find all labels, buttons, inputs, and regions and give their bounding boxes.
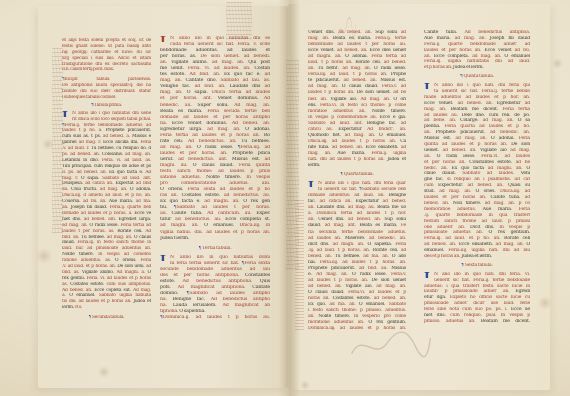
black-ink-text: niet dns. [424,313,450,318]
red-ink-text: et per horas. ant. [160,96,218,101]
black-ink-text: O radix iesse. [352,272,391,277]
red-ink-text: magni. aū. [160,163,193,168]
red-ink-text: Feria.vi. in festo scī thome: p cōme [320,103,406,108]
black-ink-text: Joseph fili dauid [490,36,530,41]
red-ink-text: bebdomade ad laudes t per horas aū. [308,42,406,47]
red-ink-text: Sabbato secūde beb [362,187,406,192]
red-ink-text: Feria.iiij. ad laud. t p horas an. [308,72,391,77]
red-ink-text: an. [308,314,318,319]
black-ink-text: Ecce veniet dominus. [172,121,232,126]
black-ink-text: stud. [424,189,439,194]
black-ink-text: Missus est. [232,157,265,162]
black-ink-text: O emanuel. [379,133,406,138]
red-ink-text: na. [160,303,173,308]
red-ink-text: an. [160,60,171,65]
red-ink-text: N anno illo ī quo nati. dni feria qui [434,83,530,88]
black-ink-text: uerūt. [160,157,178,162]
red-ink-text: Feria [519,136,530,141]
red-ink-text: cāticū aū. [308,127,338,132]
red-ink-text: ferie sine nota cum suo po. ps. ī. [424,307,511,312]
black-ink-text: Judea t ierlm. [160,236,189,241]
black-ink-text: Vigilate aīo [480,148,510,153]
black-ink-text: Tu bethleē. [335,254,363,259]
black-ink-text: Ecce veniet. [424,101,457,106]
black-ink-text: Letamini in dno. [62,158,102,163]
red-ink-text: ad bened. an. [374,296,406,301]
red-ink-text: ria secunda tertie bebdomade aduētus. [308,230,406,235]
red-ink-text: ad bened. [383,199,406,204]
black-ink-text: O clauis dauid. [342,84,382,89]
black-ink-text: Beata es maria. [333,36,375,41]
black-ink-text: Laudate dns [230,84,265,89]
red-ink-text: mag. an. [160,90,187,95]
black-ink-text: Ecce ancilla dni. [103,140,140,145]
red-ink-text: ad bened. am. [84,217,119,222]
red-ink-text: In vesperio pro cōme [354,314,406,319]
red-ink-text: Ad bened. an. [62,288,94,293]
black-ink-text: Ecce completa st. [225,217,270,222]
red-ink-text: mag. an. [308,36,333,41]
black-ink-text: Ueniet dns. [308,30,338,35]
red-ink-text: ad magni. an. [204,199,243,204]
black-ink-text: Ueniet dns. [318,217,348,222]
red-ink-text: aū. [160,211,172,216]
red-ink-text: ad [264,72,270,77]
red-ink-text: ad [401,248,406,253]
black-ink-text: Beata me uo [377,205,406,210]
black-ink-text: O rex gentium. [489,230,530,235]
red-ink-text: ad [146,264,151,269]
red-ink-text: moratione aduentus an. [308,320,368,325]
red-ink-text: secunde bebdomade aduentus ad lau [160,267,270,272]
black-ink-text: Cantate [252,285,270,290]
red-ink-text: ad bñd [136,181,151,186]
red-ink-text: Quinta tabula. [464,74,494,79]
red-ink-text: Sexta tabula. [465,263,493,268]
red-ink-text: Tertia tabula. [202,246,231,251]
black-ink-text: O radix iesse. [89,223,120,228]
black-ink-text: Benigne fac. [367,121,401,126]
black-ink-text: O [526,242,530,247]
red-ink-text: ad mag. [510,148,530,153]
red-ink-text: ad benedic. an. [490,130,530,135]
red-ink-text: mag. an. [424,107,451,112]
black-ink-text: O ori [393,97,406,102]
black-ink-text: Missus est. [424,136,455,141]
black-ink-text: dicit dns. [308,242,333,247]
black-ink-text: O radix iesse. [197,145,238,150]
black-ink-text: Tu bethleē. cū reliquio ho. d [91,146,151,151]
table-caption: ¶ Tertia tabula. [160,246,270,252]
black-ink-text: Ecce elisabeth. [365,145,401,150]
red-ink-text: In vespis [246,175,270,180]
red-ink-text: laudib' p pmissiōade aduēt' an. [424,289,515,294]
red-ink-text: ad cātica an. [85,181,115,186]
black-ink-text: Expectat [115,181,135,186]
black-ink-text: Judea et [133,299,151,304]
table-caption: ¶ Sexta tabula. [424,263,530,269]
red-ink-text: Sabbato ad lau. as. [220,78,270,83]
red-ink-text: as. [62,282,70,287]
red-ink-text: ad bene. an. [424,118,460,123]
black-ink-text: O emanuel. [204,223,239,228]
black-ink-text: ueniet. [424,148,443,153]
black-ink-text: Canite tuba. [172,211,208,216]
red-ink-text: ad [401,145,406,150]
red-ink-text: ad bened. an. [338,30,375,35]
red-ink-text: pmisso. aduētus an. [424,319,481,324]
red-ink-text: Ad bñdict'. an. [367,127,406,132]
black-ink-text: O sapiētia. [367,242,395,247]
black-ink-text: Missus est. [380,78,406,83]
black-ink-text: O emanuel. [69,293,99,298]
red-ink-text: Dominica.ij. ad laudes t p horas aū. [163,315,270,320]
red-ink-text: ad bened. an. [308,284,345,289]
red-ink-text: ad bened. [384,60,406,65]
red-ink-text: domade aduentus: ad laud. an. [308,193,389,198]
red-ink-text: De sion ueniet. ad benedi. [200,54,270,59]
red-ink-text: Feria.iij. uigilia natiuitatis dni ad la… [424,59,530,64]
red-ink-text: an. [308,66,318,71]
black-ink-text: Colosānis. [102,152,125,157]
black-ink-text: Venigne fac. [160,84,195,89]
table-caption: ¶ Tabula prima. [62,103,151,109]
red-ink-text: ad mag. an. [125,152,151,157]
black-ink-text: De sion ueniet. [357,90,393,95]
black-ink-text: De sion ueni. [117,264,146,269]
black-ink-text: Ecce completa. [434,54,472,59]
red-ink-text: Sabbato ad laud. ant. [102,176,151,181]
black-ink-text: dauid. [308,223,325,228]
red-ink-text: pmissiōate aduētus an. [424,230,489,235]
black-ink-text: Super soliū. [197,103,234,108]
text-line: des et p horas an. Judea et ierlm. [424,254,530,260]
red-ink-text: Dnica tertia ad laudes [212,90,270,95]
red-ink-text: ad [264,157,270,162]
red-ink-text: ad bñ. an. [83,199,109,204]
black-ink-text: gabriel [62,140,79,145]
red-ink-text: Feria sexta ad laudes et p ho [188,187,270,192]
red-ink-text: an. [62,205,71,210]
red-ink-text: Fe [401,223,406,228]
black-ink-text: Rorate celi. [117,229,145,234]
red-ink-text: ad magni. an. [308,54,345,59]
red-ink-text: cum [424,183,438,188]
black-ink-text: Joseph fili dauid. [71,205,110,210]
black-ink-text: Qui post [248,60,270,65]
black-ink-text: Miserere. [345,236,369,241]
black-ink-text: rate celi. [160,139,188,144]
red-ink-text: ad bened. an. [424,242,459,247]
red-ink-text: mag. r. [62,176,81,181]
red-ink-text: Ad [145,170,151,175]
red-ink-text: trāsfiguratione dni ex decreto sāctissim… [62,62,151,67]
red-ink-text: laudes t p horas an. [308,90,357,95]
red-ink-text: d. ps. ad bened. an. [62,170,109,175]
red-ink-text: Secunda tabula. [92,315,125,320]
red-ink-text: Feria.ij. quarte bebdomade aduēt' ad [424,42,530,47]
red-ink-text: ad mag. an. [107,235,134,240]
red-ink-text: Feria tertia ad laudes et p horas an. [160,133,264,138]
black-ink-text: Ca [400,139,406,144]
red-ink-text: ad ma. [136,199,151,204]
red-ink-text: et per horas an. [424,160,469,165]
black-ink-text: Canite tuba. [424,30,465,35]
red-ink-text: Feria.iij. ad laud. et p ho. an. [424,236,504,241]
red-ink-text: tiphona. [160,309,179,314]
black-ink-text: O [526,166,530,171]
red-ink-text: Feria.iiij. ad laudes t p horas. an. [320,260,406,265]
black-ink-text: Ex quo. [308,302,329,307]
red-ink-text: Feria.iij. in festo sancti thome in [78,240,151,245]
red-ink-text: Feria.iiij. uigilia nati. dni ad lau [448,248,530,253]
red-ink-text: ad bened. an. [467,183,508,188]
red-ink-text: Feria [140,258,151,263]
red-ink-text: Dominica.iiij. ad laudes et p horas an. [308,326,406,331]
red-ink-text: et alijs festa solēni pcepta et soq. Et … [62,38,151,43]
red-ink-text: ad bened. an. [337,48,370,53]
red-ink-text: an. [424,154,437,159]
black-ink-text: Aue maria. [337,151,371,156]
black-ink-text: Vigilate aīo. [330,97,360,102]
black-ink-text: De sion [511,142,530,147]
red-ink-text: bñd. as. [62,270,82,275]
black-ink-text: Rorate celi. [355,60,383,65]
black-ink-text: Judea et [387,157,406,162]
red-ink-text: ps. ad bened. an. [62,152,102,157]
red-ink-text: Feria tertia [503,107,531,112]
red-ink-text: nati. dni ad laudes t p horas an. [308,157,387,162]
black-ink-text: Canite tuba. [491,195,525,200]
red-ink-text: In vespis ad cōmemo [98,252,151,257]
red-ink-text: ad magni. an. [488,166,527,171]
black-ink-text: Vigilate animo. [82,270,117,275]
black-ink-text: Ecce veniet. [308,48,337,53]
red-ink-text: des et per horas antiphona. [160,273,245,278]
red-ink-text: ad bened. an. [457,101,496,106]
red-ink-text: Feria sexta [244,261,270,266]
table-caption: ¶ Quarta tabula. [308,172,406,178]
red-ink-text: ad benedic. an. [369,236,406,241]
red-ink-text: nij: georgij: catharine et lucie: dū sic [62,50,151,55]
red-ink-text: an. [308,217,318,222]
black-ink-text: niet dns. [62,217,84,222]
red-ink-text: ad mag. an. [472,54,504,59]
red-ink-text: ad laudes t p horas. an. [308,278,371,283]
black-ink-text: Ecce ue [511,307,530,312]
black-ink-text: Egredi [515,289,530,294]
black-ink-text: O adonai. [345,54,371,59]
red-ink-text: laud. hui' ad pmissioatē aduentus an. [62,246,151,251]
red-ink-text: ad mag. an. [160,145,197,150]
black-ink-text: Judea et ierlm. [453,65,484,70]
red-ink-text: ad mag. ant. [325,223,360,228]
red-ink-text: .v. ad laud. et p horas. an. [62,264,117,269]
black-ink-text: Ecce elisabeth. [459,242,496,247]
red-ink-text: ta uenerit sic fiat. Feria.ij. tertie be… [434,89,530,94]
black-ink-text: Noli timere. [453,201,485,206]
black-ink-text: Tibi principali. cum reliquio de adue et… [62,164,151,169]
black-ink-text: Expec [256,211,270,216]
red-ink-text: Sabbato ad laudes. [462,171,520,176]
black-ink-text: Expectatur [338,127,367,132]
black-ink-text: dauid. [62,240,78,245]
red-ink-text: ad [525,101,530,106]
red-ink-text: In vespis p [499,225,530,230]
red-ink-text: ad mag. an. p cō [485,201,530,206]
red-ink-text: ad bened. an. [348,217,384,222]
black-ink-text: Cōstantes estote. [333,296,374,301]
black-ink-text: Vigilate aīo. [345,284,376,289]
black-ink-text: Ecce cōpleta sūt. [94,288,133,293]
red-ink-text: cum reliquio. psal. In vespis p [450,313,530,318]
red-ink-text: domade ad laudes et per horas antipho [160,115,270,120]
red-ink-text: Ad bñd. an. [189,72,224,77]
red-ink-text: ad be [516,160,530,165]
red-ink-text: ī subsequēs tabulis cōdiuel. [62,95,116,100]
left-page-column-1: et alijs festa solēni pcepta et soq. Et … [62,38,151,321]
black-ink-text: O sapientia. [179,309,205,314]
red-ink-text: rationē aduentus. as. [62,258,115,263]
red-ink-text: nedic. an. [424,166,452,171]
red-ink-text: Feria [140,140,151,145]
red-ink-text: vt s. [74,305,82,310]
red-ink-text: an. [308,205,317,210]
black-ink-text: nai. [308,260,320,265]
black-ink-text: fac. [308,199,319,204]
red-ink-text: Ad mag. an. [360,97,393,102]
black-ink-text: De sion ueniet [371,278,406,283]
red-ink-text: horas an. [308,296,333,301]
black-ink-text: rex gentiū. [62,276,87,281]
red-ink-text: Ad bened. an. [232,121,270,126]
red-ink-text: ad mag. an. [496,242,527,247]
black-ink-text: te pdicauerūt. [308,78,343,83]
black-ink-text: Tu bethleē. [81,235,107,240]
black-ink-text: Judea et ierlm. [461,254,492,259]
black-ink-text: O oriens. [160,187,188,192]
black-ink-text: Egrediet uirga. [119,217,151,222]
black-ink-text: Ecce ē gīa. [380,115,406,120]
black-ink-text: Cantate dno. [185,78,220,83]
red-ink-text: benedic. aū. [160,103,197,108]
red-ink-text: Ad mag. [133,288,151,293]
red-ink-text: Dnica.iiij. ad [500,189,530,194]
incunable-book-photo: et alijs festa solēni pcepta et soq. Et … [0,0,570,396]
black-ink-text: Quomodo fiet. [308,133,345,138]
black-ink-text: pofs. [160,285,178,290]
black-ink-text: O clauis dauid. [193,163,239,168]
black-ink-text: Tu bethleē. [241,139,270,144]
left-page-column-2: IN anno illo in quo natiuitas dni secūda… [160,36,270,321]
black-ink-text: Constantes estote. [469,160,515,165]
red-ink-text: Dnica.iiij. in [239,223,270,228]
black-ink-text: Prophe [391,72,406,77]
red-ink-text: Feria.v. ad [382,84,406,89]
red-ink-text: ad magni. an. [160,223,204,228]
red-ink-text: Feria.ij. quarte beb [110,205,151,210]
red-ink-text: ad be [393,90,406,95]
red-ink-text: domade ad laudes et p horas. a. [62,211,134,216]
black-ink-text: O radix iesse. [437,154,482,159]
red-ink-text: quinta ad laudes et p horas an. [424,142,511,147]
black-ink-text: Prophete pdica [232,151,270,156]
black-ink-text: me uenit. [160,66,188,71]
red-ink-text: festū sancti thome: ad laudes p pmis [160,169,270,174]
red-ink-text: Ad magnificat an [222,303,270,308]
black-ink-text: O sapīa. [187,90,212,95]
red-ink-text: Feria.ij. uigilia [371,151,406,156]
red-ink-text: Feria.iiij. ad [241,145,270,150]
right-page-column-1: Ueniet dns. ad bened. an. Sup soliū adma… [308,30,406,332]
red-ink-text: bened. an. [308,254,335,259]
black-ink-text: Cōstan [254,66,270,71]
red-ink-text: ā. Dominica tertia ad laudes t p hor. [308,211,406,216]
red-ink-text: Ad [264,96,270,101]
black-ink-text: Ecce dies ueniēt [370,48,406,53]
red-ink-text: ad bñd. an. [195,84,230,89]
red-ink-text: si reliquio an ī psalmistis. ad cāt [447,177,530,182]
red-ink-text: tiuitate dni suo dieb' distribuāt: statu… [62,89,151,94]
black-ink-text: Quis [260,279,270,284]
red-ink-text: Ad benedictus antipho [211,297,270,302]
black-ink-text: ierlm. [308,163,320,168]
black-ink-text: nite tuba. [308,145,332,150]
black-ink-text: domino. [160,291,186,296]
red-ink-text: made aduentus ad laudes et p hor. an. [424,95,530,100]
red-ink-text: moratiōe aduentus an. [308,109,372,114]
red-ink-text: ad ma. an. [363,254,392,259]
red-ink-text: Sabbato ad laudes antipho [189,291,270,296]
red-ink-text: ad laudes an. [308,236,345,241]
red-ink-text: ad [264,84,270,89]
black-ink-text: Laudate dns. [317,205,348,210]
red-ink-text: ad [401,30,406,35]
red-ink-text: ad mag. an. [308,84,342,89]
red-ink-text: Feria.vi. ad laudes et p [348,290,406,295]
black-ink-text: O emanuel [504,54,530,59]
black-ink-text: Beata es maria. [360,223,401,228]
black-ink-text: Missus [391,266,406,271]
black-ink-text: bebdomade aduentus. ad laudes et [160,48,270,53]
red-ink-text: Dnica.iiij. ad laudes t p horas an. [308,139,400,144]
red-ink-text: an. [424,130,435,135]
red-ink-text: laudes t p ho. a. [62,128,105,133]
red-ink-text: ad benedictus. ant. [178,157,232,162]
red-ink-text: na. [160,297,173,302]
black-ink-text: O sa [518,118,530,123]
black-ink-text: Cōuersa. [62,199,83,204]
gutter-shadow [278,0,300,396]
red-ink-text: ad bened. an. [343,78,380,83]
black-ink-text: Cōlarge. [460,118,483,123]
black-ink-text: Nolite timere. [206,175,246,180]
red-ink-text: arg speciali ī suis laīs. Adcio et istam [62,56,151,61]
black-ink-text: O radix iesse. [374,66,406,71]
red-ink-text: pmissiōade aduēt' dicāt' ase laud. ferie [424,301,530,306]
black-ink-text: O emanuel. [359,302,389,307]
red-ink-text: cūda feria uenerit sic fiat. Feria. v. s… [170,42,270,47]
black-ink-text: etur dga. [424,295,450,300]
red-ink-text: De antiphonis laudū specialib'q: die na [62,83,151,88]
black-ink-text: Constantes [245,273,270,278]
black-ink-text: O oriens. [115,258,141,263]
black-ink-text: emanuel. [424,248,448,253]
red-ink-text: pro cōmemoratione aduētus. ani. [160,181,270,186]
black-ink-text: Benigne [389,193,406,198]
red-ink-text: an. [62,187,71,192]
black-ink-text: Prophete pdicauerūt. [435,130,489,135]
